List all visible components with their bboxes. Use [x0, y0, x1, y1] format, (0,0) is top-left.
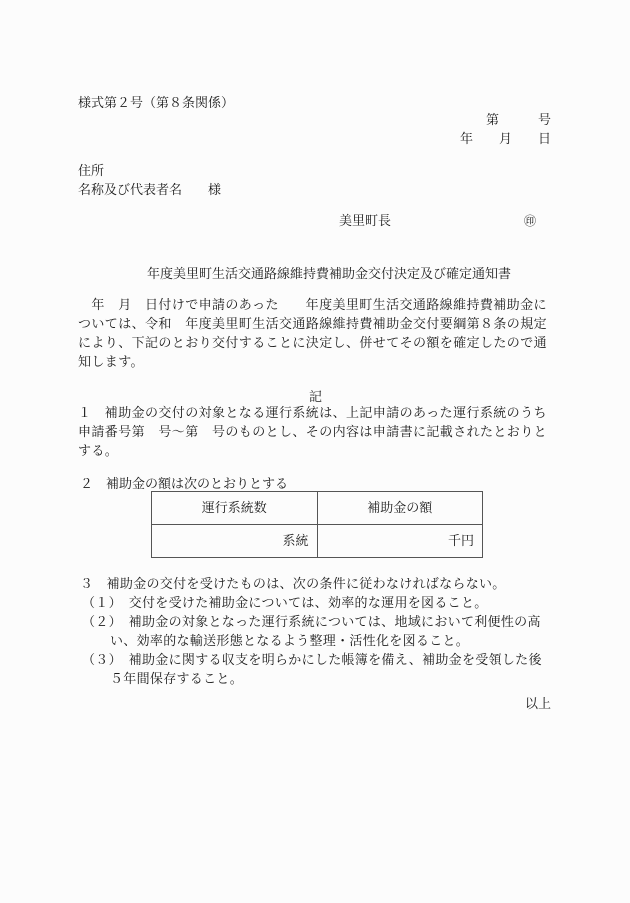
table-row: 系統 千円	[152, 525, 483, 558]
section-1-line: する。	[78, 442, 556, 461]
condition-number: （３）	[82, 653, 115, 668]
condition-item-3-continued: ５年間保存すること。	[80, 670, 558, 689]
condition-item-2: （２） 補助金の対象となった運行系統については、地域において利便性の高	[80, 613, 558, 632]
form-number: 様式第２号（第８条関係）	[78, 94, 234, 113]
table-header-row: 運行系統数 補助金の額	[152, 492, 483, 525]
condition-item-2-continued: い、効率的な輸送形態となるよう整理・活性化を図ること。	[80, 632, 558, 651]
body-line: 年 月 日付けで申請のあった 年度美里町生活交通路線維持費補助金に	[78, 296, 556, 315]
issuer-name: 美里町長	[339, 212, 391, 231]
condition-text: 補助金の対象となった運行系統については、地域において利便性の高	[115, 615, 540, 630]
section-1-line: 申請番号第 号～第 号のものとし、その内容は申請書に記載されたとおりと	[78, 423, 556, 442]
reference-number: 第 号	[486, 111, 551, 130]
condition-text: 補助金に関する収支を明らかにした帳簿を備え、補助金を受領した後	[115, 653, 541, 668]
condition-number: （２）	[82, 615, 115, 630]
section-1: １ 補助金の交付の対象となる運行系統は、上記申請のあった運行系統のうち 申請番号…	[78, 404, 556, 461]
body-line: ついては、令和 年度美里町生活交通路線維持費補助金交付要綱第８条の規定	[78, 315, 556, 334]
section-3-heading: ３ 補助金の交付を受けたものは、次の条件に従わなければならない。	[80, 575, 558, 594]
header-route-count: 運行系統数	[152, 492, 318, 525]
condition-item-1: （１） 交付を受けた補助金については、効率的な運用を図ること。	[80, 594, 558, 613]
recipient-address-label: 住所	[78, 162, 104, 181]
route-count-cell: 系統	[152, 525, 318, 558]
header-subsidy-amount: 補助金の額	[317, 492, 483, 525]
condition-item-3: （３） 補助金に関する収支を明らかにした帳簿を備え、補助金を受領した後	[80, 651, 558, 670]
body-line: 知します。	[78, 353, 556, 372]
section-1-line: １ 補助金の交付の対象となる運行系統は、上記申請のあった運行系統のうち	[78, 404, 556, 423]
seal-icon: ㊞	[524, 212, 536, 231]
condition-number: （１）	[82, 596, 115, 611]
document-title: 年度美里町生活交通路線維持費補助金交付決定及び確定通知書	[147, 265, 511, 284]
recipient-name-label: 名称及び代表者名 様	[78, 181, 221, 200]
notice-body: 年 月 日付けで申請のあった 年度美里町生活交通路線維持費補助金に ついては、令…	[78, 296, 556, 372]
section-3: ３ 補助金の交付を受けたものは、次の条件に従わなければならない。 （１） 交付を…	[80, 575, 558, 689]
body-line: により、下記のとおり交付することに決定し、併せてその額を確定したので通	[78, 334, 556, 353]
subsidy-amount-table: 運行系統数 補助金の額 系統 千円	[151, 491, 483, 558]
subsidy-amount-cell: 千円	[317, 525, 483, 558]
closing-mark: 以上	[525, 695, 551, 714]
issue-date: 年 月 日	[460, 130, 551, 149]
condition-text: 交付を受けた補助金については、効率的な運用を図ること。	[115, 596, 487, 611]
